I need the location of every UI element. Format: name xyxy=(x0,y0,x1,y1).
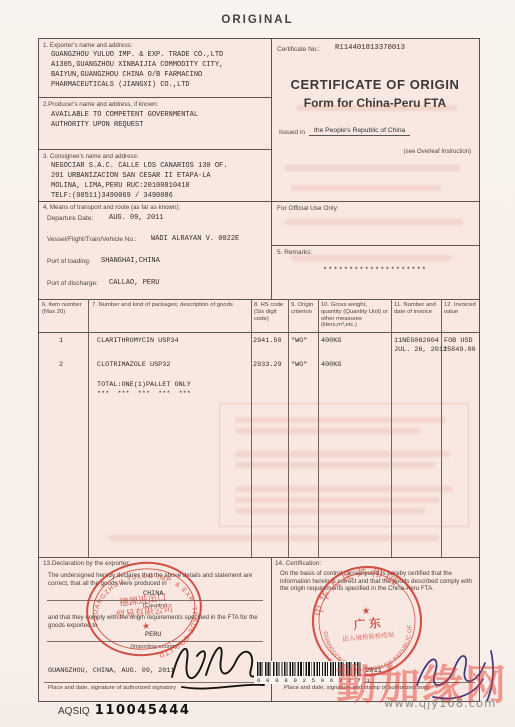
port-of-loading-value: SHANGHAI,CHINA xyxy=(101,257,160,267)
exporter-line-2: A1305,GUANGZHOU XINBAIJIA COMMODITY CITY… xyxy=(51,61,223,71)
overleaf-instruction-note: (see Overleaf Instruction) xyxy=(271,149,471,155)
bleedthrough-text-ghost xyxy=(291,255,451,261)
bleedthrough-text-ghost xyxy=(291,185,441,191)
consignee-box-label: 3. Consignee's name and address: xyxy=(43,153,138,160)
exporter-line-3: BAIYUN,GUANGZHOU CHINA O/B FARMACINO xyxy=(51,71,202,81)
issued-in-row: Issued in the People's Republic of China xyxy=(279,127,475,136)
divider-box2-box3 xyxy=(39,149,271,150)
table-top-border xyxy=(39,299,479,300)
vessel-value: WADI ALRAYAN V. 0022E xyxy=(151,235,239,245)
table-header-bottom-border xyxy=(39,332,479,333)
bleedthrough-text-ghost xyxy=(285,165,460,171)
site-watermark-url: www.qjy168.com xyxy=(384,696,496,710)
bleedthrough-text-ghost xyxy=(235,508,425,514)
bleedthrough-table-ghost xyxy=(219,403,469,527)
issued-in-value: the People's Republic of China xyxy=(309,127,410,136)
declaration-signature-caption: Place and date, signature of authorized … xyxy=(48,685,176,691)
consignee-line-4: TELF:(00511)3490069 / 3490086 xyxy=(51,192,173,202)
bleedthrough-text-ghost xyxy=(109,535,439,541)
certificate-form: 1. Exporter's name and address: GUANGZHO… xyxy=(38,38,480,702)
exporter-line-4: PHARMACEUTICALS (JIANGXI) CO.,LTD xyxy=(51,81,190,91)
row2-hs-code: 2933.29 xyxy=(253,361,282,369)
consignee-line-2: 201 URBANIZACION SAN CESAR II ETAPA-LA xyxy=(51,172,211,182)
issued-in-label: Issued in xyxy=(279,129,305,136)
aqsiq-number: 110045444 xyxy=(95,703,191,718)
row1-origin-criterion: "WO" xyxy=(291,337,307,345)
document-type-heading: ORIGINAL xyxy=(0,14,515,26)
exporter-line-1: GUANGZHOU YULUO IMP. & EXP. TRADE CO.,LT… xyxy=(51,51,223,61)
bleedthrough-text-ghost xyxy=(235,497,440,503)
row1-value-term: FOB USD xyxy=(444,337,473,345)
stamp-center-bureau: 出入境检验检疫局 xyxy=(342,630,395,644)
bleedthrough-text-ghost xyxy=(235,428,420,434)
producer-line-1: AVAILABLE TO COMPETENT GOVERNMENTAL xyxy=(51,111,198,121)
producer-line-2: AUTHORITY UPON REQUEST xyxy=(51,121,143,131)
departure-date-value: AUG. 09, 2011 xyxy=(109,214,164,224)
row1-gross-weight: 400KG xyxy=(321,337,341,345)
bleedthrough-text-ghost xyxy=(235,486,453,492)
table-col-line-2 xyxy=(251,299,252,557)
row1-invoice-date: JUL. 26, 2011 xyxy=(394,346,447,354)
row1-description: CLARITHROMYCIN USP34 xyxy=(97,337,179,345)
header-description: 7. Number and kind of packages; descript… xyxy=(92,302,242,309)
vessel-label: Vessel/Flight/Train/Vehicle No.: xyxy=(47,236,137,243)
certificate-number-value: R114401813370013 xyxy=(335,44,405,54)
divider-box1-box2 xyxy=(39,97,271,98)
bleedthrough-text-ghost xyxy=(235,451,450,457)
producer-box-label: 2.Producer's name and address, if known: xyxy=(43,101,158,108)
divider-official-remarks xyxy=(271,245,479,246)
bleedthrough-text-ghost xyxy=(235,417,445,423)
port-of-discharge-value: CALLAO, PERU xyxy=(109,279,159,289)
port-of-discharge-label: Port of discharge: xyxy=(47,280,98,287)
bleedthrough-text-ghost xyxy=(235,462,435,468)
consignee-line-1: NEGOCIAR S.A.C. CALLE LOS CANARIOS 130 O… xyxy=(51,162,227,172)
stamp-star-icon: ★ xyxy=(361,606,371,618)
table-col-line-5 xyxy=(391,299,392,557)
port-of-loading-label: Port of loading: xyxy=(47,258,91,265)
scanned-certificate-page: ORIGINAL 1. Exporter's name and address:… xyxy=(0,0,515,727)
stamp-center-region: 广 东 xyxy=(353,615,382,632)
divider-declaration-top xyxy=(39,557,479,558)
certification-box-label: 14. Certification: xyxy=(275,560,321,567)
transport-box-label: 4. Means of transport and route (as far … xyxy=(43,204,180,211)
row1-invoice-number: 11NEG062004 xyxy=(394,337,439,345)
stamp-star-icon: ★ xyxy=(141,620,150,631)
aqsiq-number-block: AQSIQ110045444 xyxy=(58,701,191,719)
row2-item-number: 2 xyxy=(59,361,63,369)
certificate-subtitle: Form for China-Peru FTA xyxy=(271,96,479,110)
stamp-arc-top-text: 中华人民共和国 xyxy=(307,562,404,619)
table-col-line-6 xyxy=(441,299,442,557)
row2-origin-criterion: "WO" xyxy=(291,361,307,369)
table-col-line-3 xyxy=(288,299,289,557)
header-origin-criterion: 9. Origin criterion xyxy=(291,302,316,316)
table-col-line-1 xyxy=(88,299,89,557)
table-col-line-4 xyxy=(318,299,319,557)
remarks-value: ******************** xyxy=(271,267,479,275)
header-hs-code: 8. HS code (Six digit code) xyxy=(254,302,285,322)
bleedthrough-text-ghost xyxy=(285,219,463,225)
row1-item-number: 1 xyxy=(59,337,63,345)
row1-hs-code: 2941.50 xyxy=(253,337,282,345)
aqsiq-label: AQSIQ xyxy=(58,706,90,717)
goods-total-line: TOTAL:ONE(1)PALLET ONLY xyxy=(97,381,191,389)
declaration-place-date: GUANGZHOU, CHINA, AUG. 09, 2011 xyxy=(48,667,174,675)
departure-date-label: Departure Date: xyxy=(47,215,93,222)
header-item-number: 6. Item number (Max 20) xyxy=(42,302,85,316)
remarks-label: 5. Remarks: xyxy=(277,249,312,256)
goods-total-marks: *** *** *** *** *** xyxy=(97,390,191,398)
header-gross-weight: 10. Gross weight, quantity (Quantity Uni… xyxy=(321,302,389,329)
certificate-number-label: Certificate No.: xyxy=(277,46,320,53)
row2-description: CLOTRIMAZOLE USP32 xyxy=(97,361,170,369)
row1-invoiced-value: 25849.00 xyxy=(443,346,476,354)
official-use-label: For Official Use Only: xyxy=(277,205,339,212)
certificate-title: CERTIFICATE OF ORIGIN xyxy=(271,77,479,92)
svg-text:中华人民共和国: 中华人民共和国 xyxy=(307,562,404,619)
row2-gross-weight: 400KG xyxy=(321,361,341,369)
exporter-box-label: 1. Exporter's name and address: xyxy=(43,42,132,49)
header-invoiced-value: 12. Invoiced value xyxy=(444,302,477,316)
header-invoice: 11. Number and date of invoice xyxy=(394,302,438,316)
consignee-line-3: MOLINA, LIMA,PERU RUC:20100810418 xyxy=(51,182,190,192)
